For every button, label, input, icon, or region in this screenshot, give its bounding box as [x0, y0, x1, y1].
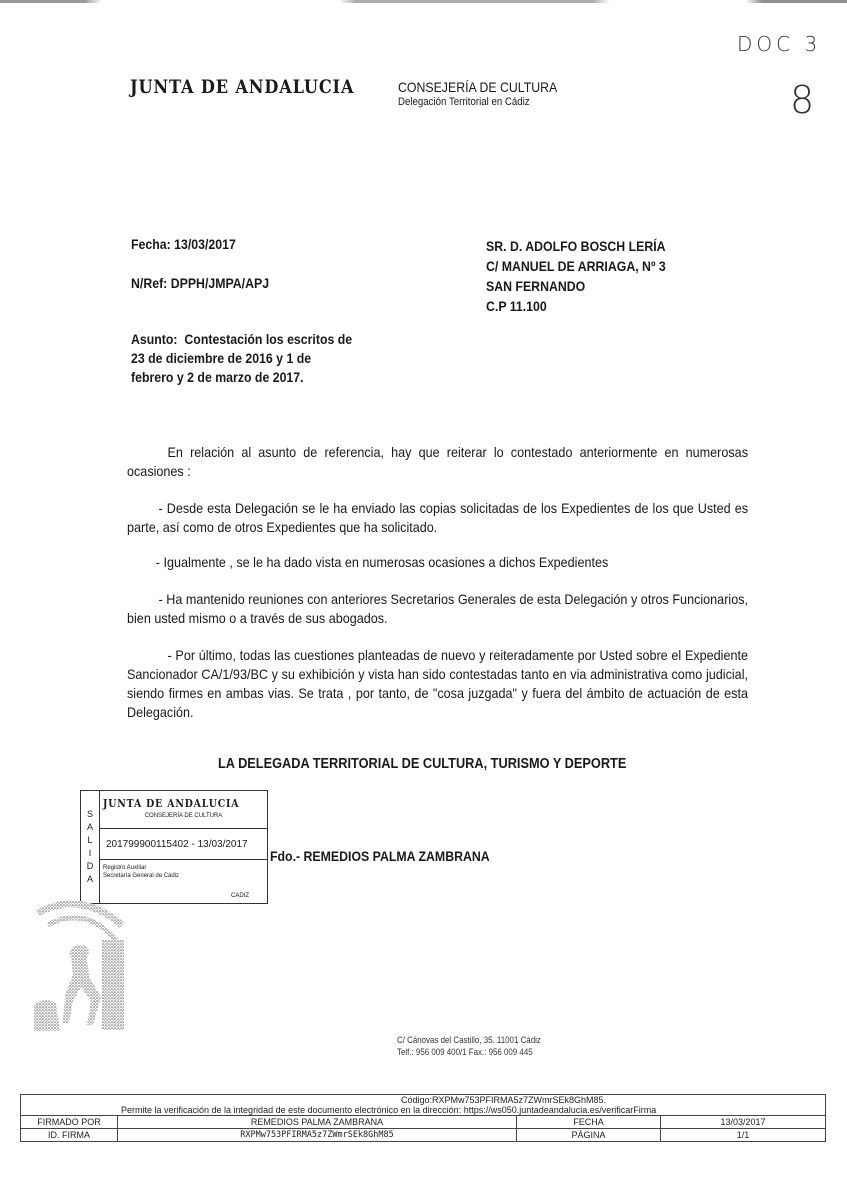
- body-paragraph: - Desde esta Delegación se le ha enviado…: [127, 499, 748, 537]
- recipient-address: SR. D. ADOLFO BOSCH LERÍA C/ MANUEL DE A…: [486, 236, 666, 316]
- ref-label: N/Ref:: [131, 275, 167, 291]
- date-label: Fecha:: [131, 236, 171, 252]
- recipient-name: SR. D. ADOLFO BOSCH LERÍA: [486, 236, 666, 256]
- stamp-letter: A: [87, 873, 93, 886]
- stamp-registry-line: Registro Auxiliar: [103, 864, 267, 872]
- date-label: FECHA: [517, 1116, 661, 1129]
- registry-stamp: S A L I D A JUNTA DE ANDALUCIA CONSEJERÍ…: [80, 790, 268, 904]
- subject-label: Asunto:: [131, 331, 178, 347]
- verification-url-line[interactable]: Permite la verificación de la integridad…: [21, 1105, 826, 1116]
- handwritten-page-number: 8: [790, 78, 818, 122]
- verification-code: Código:RXPMw753PFIRMA5z7ZWmrSEk8GhM85.: [21, 1095, 826, 1106]
- reference-line: N/Ref: DPPH/JMPA/APJ: [131, 275, 269, 291]
- delegation-name: Delegación Territorial en Cádiz: [398, 96, 530, 108]
- andalucia-emblem-icon: [30, 895, 125, 1035]
- subject-line: febrero y 2 de marzo de 2017.: [131, 368, 352, 387]
- page-value: 1/1: [661, 1129, 826, 1142]
- body-paragraph: - Igualmente , se le ha dado vista en nu…: [127, 553, 748, 572]
- stamp-registry-number: 201799900115402 - 13/03/2017: [100, 829, 267, 860]
- recipient-city: SAN FERNANDO: [486, 276, 666, 296]
- signature-verification-table: Código:RXPMw753PFIRMA5z7ZWmrSEk8GhM85. P…: [20, 1094, 826, 1142]
- stamp-letter: S: [87, 808, 93, 821]
- department-name: CONSEJERÍA DE CULTURA: [398, 79, 557, 95]
- stamp-letter: L: [87, 834, 92, 847]
- stamp-registry-line: Secretaría General de Cádiz: [103, 872, 267, 880]
- signature-title: LA DELEGADA TERRITORIAL DE CULTURA, TURI…: [218, 756, 626, 772]
- stamp-department: CONSEJERÍA DE CULTURA: [100, 813, 267, 819]
- handwritten-doc-label: DOC 3: [737, 32, 821, 56]
- page-label: PÁGINA: [517, 1129, 661, 1142]
- subject-line: 23 de diciembre de 2016 y 1 de: [131, 349, 352, 368]
- signature-id-value: RXPMw753PFIRMA5z7ZWmrSEk8GhM85: [118, 1129, 517, 1142]
- signed-by-label: FIRMADO POR: [21, 1116, 118, 1129]
- signature-id-label: ID. FIRMA: [21, 1129, 118, 1142]
- stamp-header: JUNTA DE ANDALUCIA CONSEJERÍA DE CULTURA: [100, 791, 267, 829]
- scan-edge: [0, 0, 847, 3]
- subject-line: Contestación los escritos de: [184, 331, 352, 347]
- address-line: C/ Cánovas del Castillo, 35. 11001 Cádiz: [397, 1034, 541, 1046]
- recipient-postcode: C.P 11.100: [486, 296, 666, 316]
- stamp-org: JUNTA DE ANDALUCIA: [103, 797, 239, 810]
- date-value: 13/03/2017: [661, 1116, 826, 1129]
- stamp-letter: A: [87, 821, 93, 834]
- body-paragraph: - Por último, todas las cuestiones plant…: [127, 646, 748, 722]
- date-line: Fecha: 13/03/2017: [131, 236, 236, 252]
- org-logo-text: JUNTA DE ANDALUCIA: [130, 76, 354, 98]
- address-footer: C/ Cánovas del Castillo, 35. 11001 Cádiz…: [397, 1034, 541, 1058]
- stamp-registry-office: Registro Auxiliar Secretaría General de …: [100, 860, 267, 903]
- date-value: 13/03/2017: [174, 236, 236, 252]
- stamp-letter: I: [89, 847, 92, 860]
- phone-line: Telf.: 956 009 400/1 Fax.: 956 009 445: [397, 1046, 541, 1058]
- signature-name: Fdo.- REMEDIOS PALMA ZAMBRANA: [270, 848, 490, 864]
- stamp-side-label: S A L I D A: [81, 791, 100, 903]
- body-paragraph: - Ha mantenido reuniones con anteriores …: [127, 590, 748, 628]
- body-paragraph: En relación al asunto de referencia, hay…: [127, 443, 748, 481]
- recipient-street: C/ MANUEL DE ARRIAGA, Nº 3: [486, 256, 666, 276]
- stamp-city: CADIZ: [231, 892, 249, 900]
- ref-value: DPPH/JMPA/APJ: [171, 275, 269, 291]
- stamp-letter: D: [87, 860, 94, 873]
- signed-by-value: REMEDIOS PALMA ZAMBRANA: [118, 1116, 517, 1129]
- subject-block: Asunto: Contestación los escritos de 23 …: [131, 330, 352, 387]
